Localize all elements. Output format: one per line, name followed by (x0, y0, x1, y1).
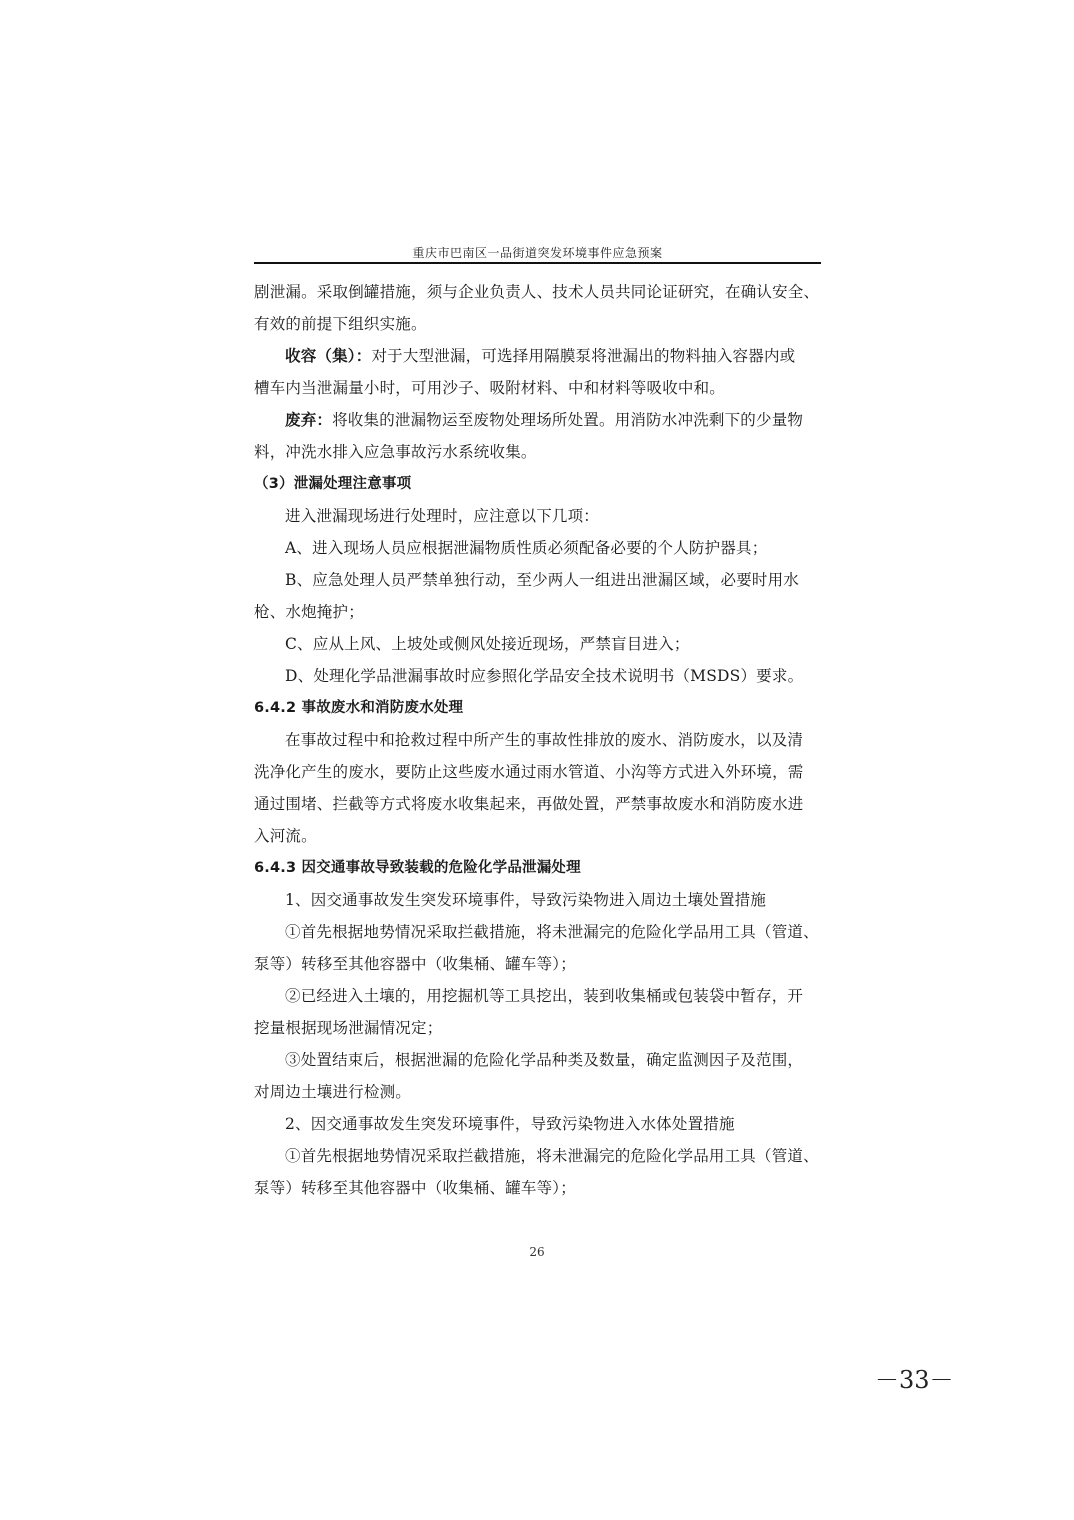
list-item: B、应急处理人员严禁单独行动，至少两人一组进出泄漏区域，必要时用水 (254, 564, 822, 596)
paragraph-line: 收容（集）：对于大型泄漏，可选择用隔膜泵将泄漏出的物料抽入容器内或 (254, 340, 822, 372)
section-heading-6-4-2: 6.4.2 事故废水和消防废水处理 (254, 692, 822, 724)
list-item: C、应从上风、上坡处或侧风处接近现场，严禁盲目进入； (254, 628, 822, 660)
paragraph-line: 进入泄漏现场进行处理时，应注意以下几项： (254, 500, 822, 532)
paragraph-line: 料，冲洗水排入应急事故污水系统收集。 (254, 436, 822, 468)
running-header: 重庆市巴南区一品街道突发环境事件应急预案 (254, 244, 821, 261)
paragraph-line: 泵等）转移至其他容器中（收集桶、罐车等）； (254, 1172, 822, 1204)
paragraph-line: 剧泄漏。采取倒罐措施，须与企业负责人、技术人员共同论证研究，在确认安全、 (254, 276, 822, 308)
paragraph-line: ①首先根据地势情况采取拦截措施，将未泄漏完的危险化学品用工具（管道、 (254, 1140, 822, 1172)
term-label: 废弃： (285, 410, 332, 429)
paragraph-line: 有效的前提下组织实施。 (254, 308, 822, 340)
document-body: 剧泄漏。采取倒罐措施，须与企业负责人、技术人员共同论证研究，在确认安全、 有效的… (254, 276, 822, 1204)
document-page: 重庆市巴南区一品街道突发环境事件应急预案 剧泄漏。采取倒罐措施，须与企业负责人、… (0, 0, 1074, 1520)
list-item: A、进入现场人员应根据泄漏物质性质必须配备必要的个人防护器具； (254, 532, 822, 564)
paragraph-line: 通过围堵、拦截等方式将废水收集起来，再做处置，严禁事故废水和消防废水进 (254, 788, 822, 820)
paragraph-line: 对周边土壤进行检测。 (254, 1076, 822, 1108)
paragraph-line: 泵等）转移至其他容器中（收集桶、罐车等）； (254, 948, 822, 980)
section-heading-6-4-3: 6.4.3 因交通事故导致装载的危险化学品泄漏处理 (254, 852, 822, 884)
paragraph-line: ②已经进入土壤的，用挖掘机等工具挖出，装到收集桶或包装袋中暂存，开 (254, 980, 822, 1012)
paragraph-line: 2、因交通事故发生突发环境事件，导致污染物进入水体处置措施 (254, 1108, 822, 1140)
list-item-continuation: 枪、水炮掩护； (254, 596, 822, 628)
paragraph-line: ①首先根据地势情况采取拦截措施，将未泄漏完的危险化学品用工具（管道、 (254, 916, 822, 948)
paragraph-line: 在事故过程中和抢救过程中所产生的事故性排放的废水、消防废水，以及清 (254, 724, 822, 756)
paragraph-text: 将收集的泄漏物运至废物处理场所处置。用消防水冲洗剩下的少量物 (332, 411, 803, 429)
paragraph-text: 对于大型泄漏，可选择用隔膜泵将泄漏出的物料抽入容器内或 (371, 347, 795, 365)
inner-page-number: 26 (517, 1245, 557, 1259)
header-rule (254, 262, 821, 264)
outer-page-number: －33－ (875, 1360, 954, 1395)
paragraph-line: 挖量根据现场泄漏情况定； (254, 1012, 822, 1044)
paragraph-line: 废弃：将收集的泄漏物运至废物处理场所处置。用消防水冲洗剩下的少量物 (254, 404, 822, 436)
term-label: 收容（集）： (285, 346, 371, 365)
subsection-heading: （3）泄漏处理注意事项 (254, 468, 822, 500)
paragraph-line: ③处置结束后，根据泄漏的危险化学品种类及数量，确定监测因子及范围， (254, 1044, 822, 1076)
paragraph-line: 槽车内当泄漏量小时，可用沙子、吸附材料、中和材料等吸收中和。 (254, 372, 822, 404)
paragraph-line: 洗净化产生的废水，要防止这些废水通过雨水管道、小沟等方式进入外环境，需 (254, 756, 822, 788)
paragraph-line: 入河流。 (254, 820, 822, 852)
list-item: D、处理化学品泄漏事故时应参照化学品安全技术说明书（MSDS）要求。 (254, 660, 822, 692)
paragraph-line: 1、因交通事故发生突发环境事件，导致污染物进入周边土壤处置措施 (254, 884, 822, 916)
